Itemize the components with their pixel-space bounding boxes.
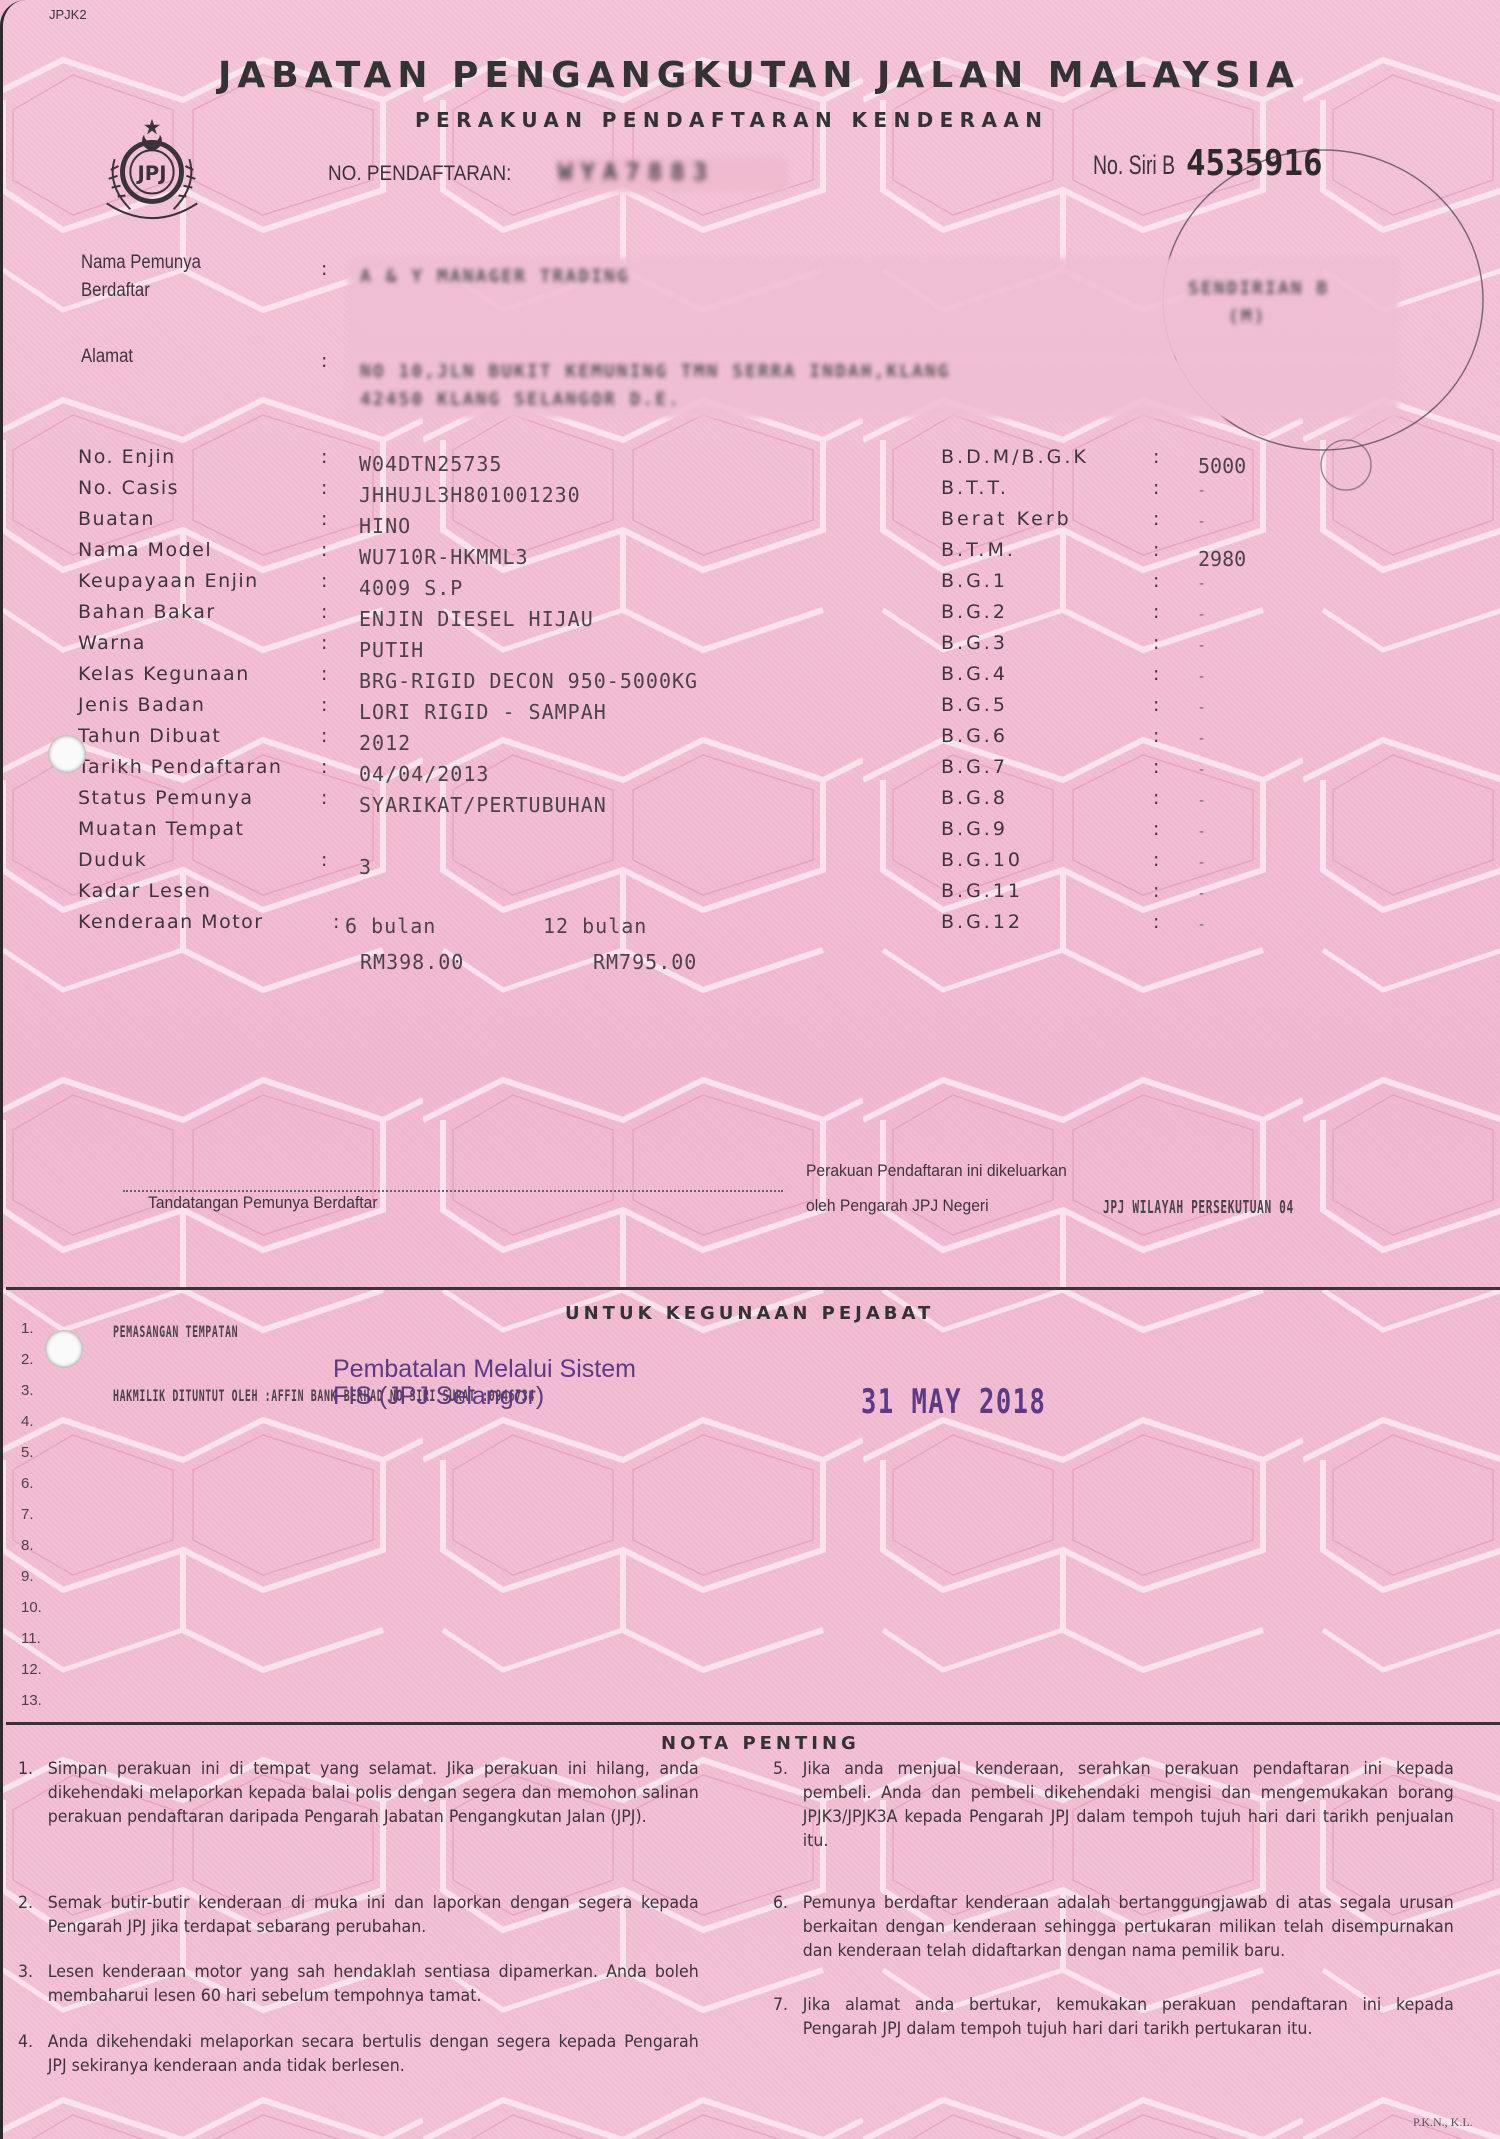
colon: : (321, 787, 327, 809)
weight-field-value: - (1199, 855, 1204, 871)
owner-name-label-2: Berdaftar (81, 280, 150, 302)
weight-field-label: B.G.8 (941, 787, 1008, 809)
office-entry-1: PEMASANGAN TEMPATAN (113, 1322, 238, 1341)
page-title: JABATAN PENGANGKUTAN JALAN MALAYSIA (218, 55, 1300, 96)
svg-text:JPJ: JPJ (135, 162, 166, 185)
office-line-number: 5. (21, 1444, 34, 1461)
vehicle-field-label: Duduk (78, 849, 147, 871)
cancellation-stamp-line-2: FIS (JPJ Selangor) (333, 1382, 544, 1411)
vehicle-field-value: W04DTN25735 (359, 452, 502, 476)
vehicle-field-value: 4009 S.P (359, 576, 463, 600)
owner-name-text: A & Y MANAGER TRADING (360, 266, 630, 287)
vehicle-field-value: BRG-RIGID DECON 950-5000KG (359, 669, 698, 693)
document-subtitle: PERAKUAN PENDAFTARAN KENDERAAN (415, 108, 1048, 132)
note-text: Jika alamat anda bertukar, kemukakan per… (803, 1993, 1454, 2041)
weight-field-label: B.G.12 (941, 911, 1023, 933)
jpj-crest-icon: JPJ (93, 105, 211, 227)
weight-field-value: - (1199, 731, 1204, 747)
colon: : (1153, 787, 1159, 809)
note-text: Pemunya berdaftar kenderaan adalah berta… (803, 1891, 1454, 1963)
office-line-number: 10. (21, 1599, 42, 1616)
colon: : (321, 663, 327, 685)
colon: : (1153, 725, 1159, 747)
weight-field-value: - (1199, 700, 1204, 716)
note-number: 1. (18, 1757, 33, 1781)
vehicle-field-value: JHHUJL3H801001230 (359, 483, 581, 507)
vehicle-field-label: Warna (78, 632, 146, 654)
office-line-number: 8. (21, 1537, 34, 1554)
colon: : (1153, 570, 1159, 592)
owner-name-annotation: SENDIRIAN B (1188, 278, 1329, 299)
license-12-month-amount: RM795.00 (593, 950, 697, 974)
colon: : (1153, 508, 1159, 530)
license-6-month-amount: RM398.00 (360, 950, 464, 974)
colon: : (321, 539, 327, 561)
weight-field-label: B.G.1 (941, 570, 1008, 592)
office-line-number: 3. (21, 1382, 34, 1399)
address-line-1: NO 10,JLN BUKIT KEMUNING TMN SERRA INDAH… (360, 358, 1386, 386)
note-item: 5.Jika anda menjual kenderaan, serahkan … (773, 1757, 1461, 1857)
vehicle-field-label: Buatan (78, 508, 155, 530)
vehicle-field-value: HINO (359, 514, 411, 538)
registration-number-value: WYA7883 (558, 158, 788, 192)
colon: : (321, 756, 327, 778)
registration-certificate: JPJK2 JPJ JABATAN PENGANGKUTAN JALAN MAL… (0, 0, 1500, 2139)
issuing-office: JPJ WILAYAH PERSEKUTUAN 04 (1103, 1197, 1294, 1218)
office-use-heading: UNTUK KEGUNAAN PEJABAT (565, 1303, 934, 1324)
weight-field-value: - (1199, 514, 1204, 530)
note-item: 1.Simpan perakuan ini di tempat yang sel… (18, 1757, 706, 1857)
owner-signature-label: Tandatangan Pemunya Berdaftar (148, 1193, 378, 1213)
note-text: Jika anda menjual kenderaan, serahkan pe… (803, 1757, 1454, 1853)
owner-name-label: Nama Pemunya (81, 252, 201, 274)
weight-field-label: B.G.6 (941, 725, 1008, 747)
colon: : (1153, 849, 1159, 871)
colon: : (1153, 880, 1159, 902)
note-number: 7. (773, 1993, 788, 2017)
issued-by-text: oleh Pengarah JPJ Negeri (806, 1196, 989, 1216)
weight-field-value: - (1199, 886, 1204, 902)
weight-field-label: Berat Kerb (941, 508, 1072, 530)
notes-heading: NOTA PENTING (661, 1733, 860, 1754)
license-6-month-label: 6 bulan (345, 914, 436, 938)
colon: : (321, 725, 327, 747)
vehicle-field-label: Nama Model (78, 539, 212, 561)
office-line-number: 2. (21, 1351, 34, 1368)
colon: : (321, 477, 327, 499)
note-text: Simpan perakuan ini di tempat yang selam… (48, 1757, 699, 1829)
weight-field-label: B.G.10 (941, 849, 1023, 871)
cancellation-stamp-line-1: Pembatalan Melalui Sistem (333, 1355, 636, 1384)
form-code: JPJK2 (49, 7, 87, 22)
weight-field-label: B.G.2 (941, 601, 1008, 623)
vehicle-field-value: SYARIKAT/PERTUBUHAN (359, 793, 607, 817)
weight-field-value: - (1199, 917, 1204, 933)
colon: : (321, 350, 327, 372)
note-number: 4. (18, 2030, 33, 2054)
office-line-number: 6. (21, 1475, 34, 1492)
colon: : (1153, 911, 1159, 933)
weight-field-value: - (1199, 762, 1204, 778)
colon: : (321, 570, 327, 592)
vehicle-field-label: Keupayaan Enjin (78, 570, 259, 592)
weight-field-label: B.T.T. (941, 477, 1009, 499)
vehicle-field-value: PUTIH (359, 638, 424, 662)
weight-field-value: - (1199, 607, 1204, 623)
vehicle-field-label: Status Pemunya (78, 787, 254, 809)
note-text: Lesen kenderaan motor yang sah hendaklah… (48, 1960, 699, 2008)
note-item: 7.Jika alamat anda bertukar, kemukakan p… (773, 1993, 1461, 2093)
punch-hole (48, 735, 86, 773)
weight-field-label: B.G.7 (941, 756, 1008, 778)
colon: : (321, 601, 327, 623)
weight-field-label: B.G.3 (941, 632, 1008, 654)
colon: : (1153, 477, 1159, 499)
weight-field-value: - (1199, 638, 1204, 654)
weight-field-value: - (1199, 669, 1204, 685)
section-divider (6, 1287, 1500, 1290)
vehicle-field-label: No. Enjin (78, 446, 176, 468)
vehicle-field-label: Tahun Dibuat (78, 725, 221, 747)
vehicle-field-value: 3 (359, 855, 372, 879)
colon: : (333, 911, 339, 933)
colon: : (1153, 818, 1159, 840)
address-value: NO 10,JLN BUKIT KEMUNING TMN SERRA INDAH… (348, 358, 1398, 418)
vehicle-field-label: Jenis Badan (78, 694, 205, 716)
weight-field-value: 2980 (1198, 547, 1246, 571)
weight-field-label: B.G.11 (941, 880, 1023, 902)
office-line-number: 12. (21, 1661, 42, 1678)
serial-number-label: No. Siri B (1093, 150, 1175, 181)
weight-field-label: B.G.9 (941, 818, 1008, 840)
colon: : (1153, 539, 1159, 561)
colon: : (321, 849, 327, 871)
address-line-2: 42450 KLANG SELANGOR D.E. (360, 386, 1386, 414)
note-number: 6. (773, 1891, 788, 1915)
signature-line (123, 1190, 783, 1192)
weight-field-value: - (1199, 576, 1204, 592)
issued-text: Perakuan Pendaftaran ini dikeluarkan (806, 1161, 1067, 1181)
vehicle-field-label: Bahan Bakar (78, 601, 216, 623)
vehicle-field-value: 2012 (359, 731, 411, 755)
registration-number-label: NO. PENDAFTARAN: (328, 162, 511, 186)
section-divider (6, 1722, 1500, 1725)
note-number: 3. (18, 1960, 33, 1984)
vehicle-field-label: Tarikh Pendaftaran (78, 756, 282, 778)
weight-field-value: - (1199, 483, 1204, 499)
vehicle-field-value: LORI RIGID - SAMPAH (359, 700, 607, 724)
office-line-number: 4. (21, 1413, 34, 1430)
vehicle-field-value: ENJIN DIESEL HIJAU (359, 607, 594, 631)
office-line-number: 1. (21, 1320, 34, 1337)
note-text: Anda dikehendaki melaporkan secara bertu… (48, 2030, 699, 2078)
printer-code: P.K.N., K.L. (1413, 2115, 1473, 2130)
weight-field-label: B.D.M/B.G.K (941, 446, 1089, 468)
colon: : (1153, 694, 1159, 716)
office-line-number: 11. (21, 1630, 41, 1647)
vehicle-field-label: Kenderaan Motor (78, 911, 264, 933)
weight-field-label: B.T.M. (941, 539, 1016, 561)
vehicle-field-value: 04/04/2013 (359, 762, 489, 786)
office-line-number: 7. (21, 1506, 34, 1523)
cancellation-stamp-date: 31 MAY 2018 (861, 1382, 1046, 1422)
punch-hole (45, 1330, 83, 1368)
owner-name-value: A & Y MANAGER TRADING SENDIRIAN B (M) (348, 258, 1398, 358)
address-label: Alamat (81, 346, 133, 368)
weight-field-value: - (1199, 824, 1204, 840)
note-number: 2. (18, 1891, 33, 1915)
weight-field-label: B.G.4 (941, 663, 1008, 685)
colon: : (321, 258, 327, 280)
owner-name-annotation-2: (M) (1228, 306, 1267, 327)
note-item: 6.Pemunya berdaftar kenderaan adalah ber… (773, 1891, 1461, 1991)
colon: : (1153, 601, 1159, 623)
colon: : (321, 632, 327, 654)
colon: : (321, 694, 327, 716)
colon: : (1153, 632, 1159, 654)
vehicle-field-value: WU710R-HKMML3 (359, 545, 529, 569)
vehicle-field-label: Muatan Tempat (78, 818, 244, 840)
colon: : (1153, 446, 1159, 468)
colon: : (321, 446, 327, 468)
colon: : (1153, 756, 1159, 778)
office-line-number: 9. (21, 1568, 34, 1585)
vehicle-field-label: Kelas Kegunaan (78, 663, 250, 685)
vehicle-field-label: Kadar Lesen (78, 880, 211, 902)
colon: : (1153, 663, 1159, 685)
weight-field-value: 5000 (1198, 454, 1246, 478)
vehicle-field-label: No. Casis (78, 477, 179, 499)
note-text: Semak butir-butir kenderaan di muka ini … (48, 1891, 699, 1939)
weight-field-value: - (1199, 793, 1204, 809)
note-number: 5. (773, 1757, 788, 1781)
serial-number-value: 4535916 (1186, 143, 1323, 184)
office-line-number: 13. (21, 1692, 42, 1709)
weight-field-label: B.G.5 (941, 694, 1008, 716)
colon: : (321, 508, 327, 530)
license-12-month-label: 12 bulan (543, 914, 647, 938)
note-item: 4.Anda dikehendaki melaporkan secara ber… (18, 2030, 706, 2130)
